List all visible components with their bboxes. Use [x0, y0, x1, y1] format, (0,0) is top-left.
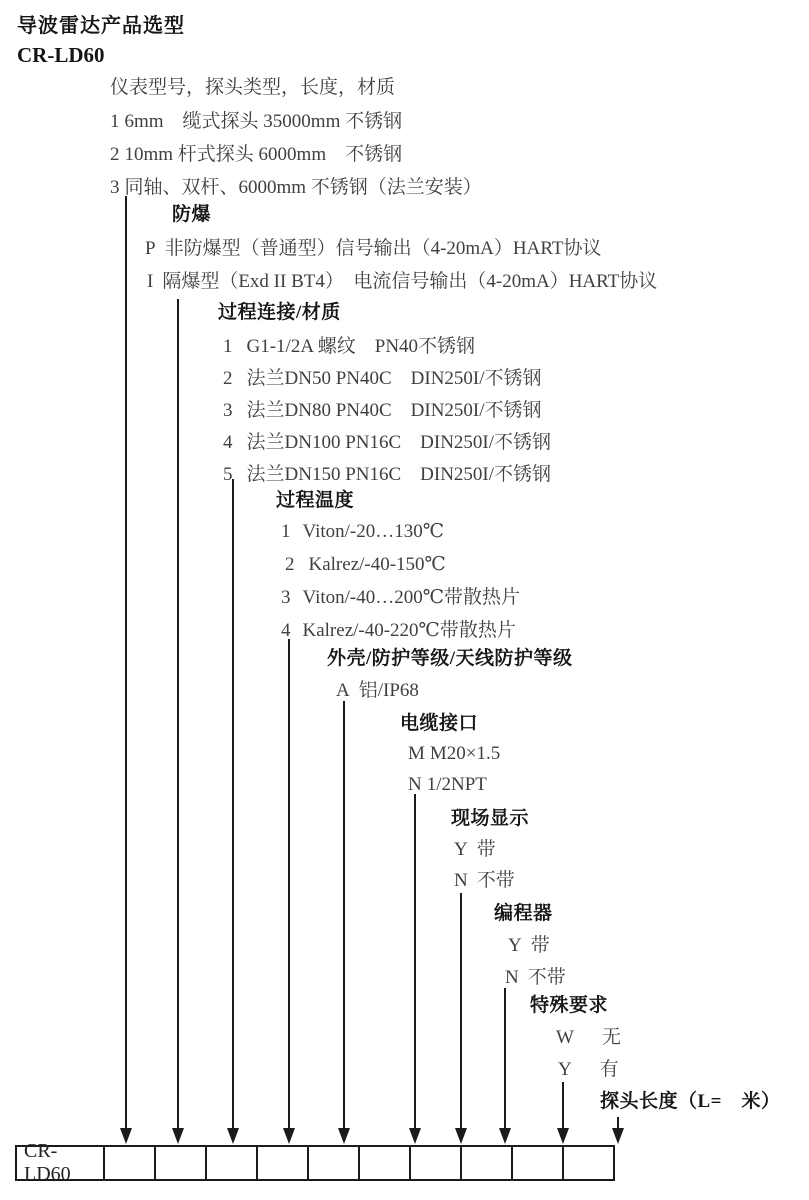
- option-text: Kalrez/-40-220℃带散热片: [303, 620, 516, 641]
- option-special-Y: Y有: [558, 1058, 619, 1082]
- down-arrow-1: [120, 1128, 132, 1144]
- heading-process-connection: 过程连接/材质: [218, 301, 341, 325]
- option-special-W: W无: [556, 1026, 621, 1050]
- option-text: 10mm 杆式探头 6000mm 不锈钢: [125, 144, 403, 165]
- option-text: 同轴、双杆、6000mm 不锈钢（法兰安装）: [125, 177, 482, 198]
- order-code-cell-5: [307, 1145, 360, 1181]
- down-arrow-4: [283, 1128, 295, 1144]
- option-text: 法兰DN150 PN16C DIN250I/不锈钢: [247, 464, 552, 485]
- option-text: 非防爆型（普通型）信号输出（4-20mA）HART协议: [165, 238, 602, 259]
- option-text: 不带: [528, 967, 566, 988]
- option-connection-1: 1G1-1/2A 螺纹 PN40不锈钢: [223, 335, 475, 359]
- option-housing-A: A铝/IP68: [336, 679, 419, 703]
- down-arrow-7: [455, 1128, 467, 1144]
- selection-line-6: [414, 794, 416, 1128]
- order-code-table: CR-LD60: [15, 1145, 615, 1181]
- option-connection-5: 5法兰DN150 PN16C DIN250I/不锈钢: [223, 463, 551, 487]
- option-text: Viton/-40…200℃带散热片: [303, 587, 521, 608]
- option-code: 2: [285, 553, 295, 577]
- option-text: M20×1.5: [430, 743, 500, 764]
- order-code-cell-7: [409, 1145, 462, 1181]
- option-text: Kalrez/-40-150℃: [309, 554, 446, 575]
- option-instrument-2: 210mm 杆式探头 6000mm 不锈钢: [110, 143, 402, 167]
- option-text: Viton/-20…130℃: [303, 521, 445, 542]
- selection-line-7: [460, 893, 462, 1128]
- option-connection-3: 3法兰DN80 PN40C DIN250I/不锈钢: [223, 399, 542, 423]
- option-code: M: [408, 742, 425, 766]
- heading-housing-protection: 外壳/防护等级/天线防护等级: [327, 647, 573, 671]
- heading-cable-entry: 电缆接口: [400, 712, 478, 736]
- option-temperature-2: 2Kalrez/-40-150℃: [285, 553, 446, 577]
- option-instrument-3: 3同轴、双杆、6000mm 不锈钢（法兰安装）: [110, 176, 482, 200]
- down-arrow-6: [409, 1128, 421, 1144]
- option-temperature-4: 4Kalrez/-40-220℃带散热片: [281, 619, 516, 643]
- option-explosion-P: P非防爆型（普通型）信号输出（4-20mA）HART协议: [145, 237, 602, 261]
- selection-line-4: [288, 639, 290, 1128]
- option-text: 法兰DN80 PN40C DIN250I/不锈钢: [247, 400, 542, 421]
- option-code: 1: [281, 520, 291, 544]
- option-explosion-I: I隔爆型（Exd II BT4） 电流信号输出（4-20mA）HART协议: [147, 270, 657, 294]
- option-code: Y: [558, 1058, 572, 1082]
- order-code-cell-6: [358, 1145, 411, 1181]
- option-display-Y: Y带: [454, 838, 496, 862]
- heading-process-temperature: 过程温度: [276, 489, 354, 513]
- order-code-cell-1: [103, 1145, 156, 1181]
- option-code: Y: [454, 838, 468, 862]
- option-code: I: [147, 270, 153, 294]
- option-text: G1-1/2A 螺纹 PN40不锈钢: [247, 336, 476, 357]
- order-code-cell-3: [205, 1145, 258, 1181]
- option-text: 隔爆型（Exd II BT4） 电流信号输出（4-20mA）HART协议: [162, 271, 657, 292]
- option-code: 3: [110, 176, 120, 200]
- option-display-N: N不带: [454, 869, 515, 893]
- option-text: 法兰DN50 PN40C DIN250I/不锈钢: [247, 368, 542, 389]
- selection-line-3: [232, 479, 234, 1128]
- heading-explosion-proof: 防爆: [172, 203, 211, 227]
- selection-line-2: [177, 299, 179, 1128]
- down-arrow-9: [557, 1128, 569, 1144]
- option-text: 不带: [477, 870, 515, 891]
- heading-instrument-model: 仪表型号，探头类型，长度，材质: [110, 76, 395, 100]
- option-code: 2: [223, 367, 233, 391]
- option-programmer-Y: Y带: [508, 934, 550, 958]
- order-code-cell-10: [562, 1145, 615, 1181]
- option-code: 3: [281, 586, 291, 610]
- down-arrow-8: [499, 1128, 511, 1144]
- document-page: 导波雷达产品选型 CR-LD60 仪表型号，探头类型，长度，材质 16mm 缆式…: [0, 0, 809, 1200]
- order-code-cell-4: [256, 1145, 309, 1181]
- down-arrow-5: [338, 1128, 350, 1144]
- selection-line-9: [562, 1082, 564, 1128]
- selection-line-5: [343, 701, 345, 1128]
- option-text: 铝/IP68: [359, 680, 419, 701]
- selection-line-1: [125, 196, 127, 1128]
- doc-title: 导波雷达产品选型: [17, 9, 185, 38]
- order-code-cell-8: [460, 1145, 513, 1181]
- down-arrow-10: [612, 1128, 624, 1144]
- heading-special-requirements: 特殊要求: [530, 994, 608, 1018]
- selection-line-8: [504, 988, 506, 1128]
- heading-probe-length: 探头长度（L= 米）: [600, 1090, 781, 1114]
- option-temperature-3: 3Viton/-40…200℃带散热片: [281, 586, 520, 610]
- option-code: 3: [223, 399, 233, 423]
- order-code-cell-2: [154, 1145, 207, 1181]
- option-text: 带: [477, 839, 496, 860]
- option-code: 2: [110, 143, 120, 167]
- option-text: 1/2NPT: [427, 774, 487, 795]
- option-text: 带: [531, 935, 550, 956]
- option-text: 无: [602, 1027, 621, 1048]
- option-text: 6mm 缆式探头 35000mm 不锈钢: [125, 111, 403, 132]
- option-temperature-1: 1Viton/-20…130℃: [281, 520, 444, 544]
- heading-local-display: 现场显示: [451, 807, 529, 831]
- heading-programmer: 编程器: [494, 902, 553, 926]
- option-connection-2: 2法兰DN50 PN40C DIN250I/不锈钢: [223, 367, 542, 391]
- option-code: W: [556, 1026, 574, 1050]
- option-cable-M: MM20×1.5: [408, 742, 500, 766]
- order-code-cell-9: [511, 1145, 564, 1181]
- option-connection-4: 4法兰DN100 PN16C DIN250I/不锈钢: [223, 431, 551, 455]
- down-arrow-2: [172, 1128, 184, 1144]
- order-table-model-cell: CR-LD60: [15, 1145, 105, 1181]
- option-code: N: [505, 966, 519, 990]
- option-code: 4: [223, 431, 233, 455]
- option-code: P: [145, 237, 156, 261]
- option-code: 1: [223, 335, 233, 359]
- option-text: 法兰DN100 PN16C DIN250I/不锈钢: [247, 432, 552, 453]
- option-programmer-N: N不带: [505, 966, 566, 990]
- option-text: 有: [600, 1059, 619, 1080]
- option-code: 1: [110, 110, 120, 134]
- model-code-title: CR-LD60: [17, 43, 105, 68]
- down-arrow-3: [227, 1128, 239, 1144]
- selection-line-10: [617, 1117, 619, 1128]
- option-code: A: [336, 679, 350, 703]
- option-code: N: [454, 869, 468, 893]
- option-cable-N: N1/2NPT: [408, 773, 487, 797]
- option-code: Y: [508, 934, 522, 958]
- option-instrument-1: 16mm 缆式探头 35000mm 不锈钢: [110, 110, 402, 134]
